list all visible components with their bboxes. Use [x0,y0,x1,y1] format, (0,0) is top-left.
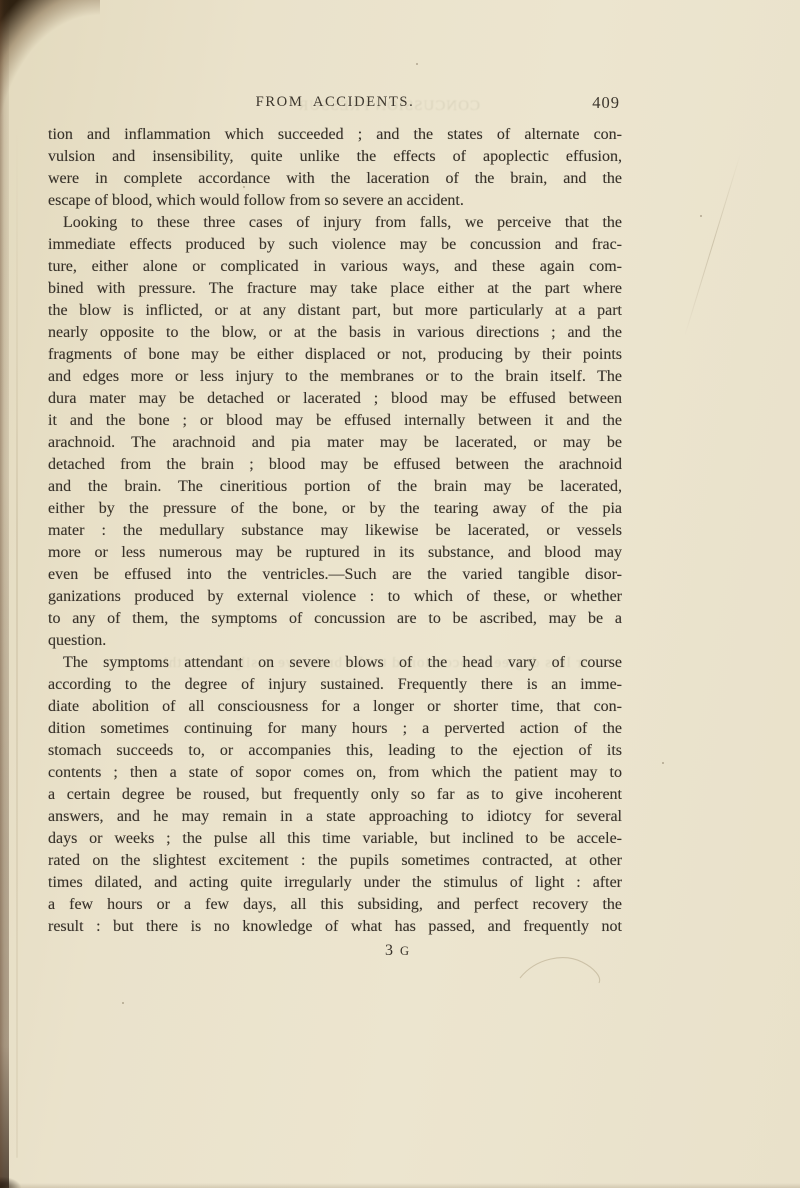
text-line: answers, and he may remain in a state ap… [48,806,622,828]
text-line: immediate effects produced by such viole… [48,234,622,256]
signature-letter: G [400,944,410,958]
text-line: arachnoid. The arachnoid and pia mater m… [48,432,622,454]
paper-speck [416,63,418,65]
text-line: a certain degree be roused, but frequent… [48,784,622,806]
text-line: fragments of bone may be either displace… [48,344,622,366]
page-number: 409 [592,93,620,113]
text-line: dition sometimes continuing for many hou… [48,718,622,740]
paper-speck [662,762,664,764]
text-line: contents ; then a state of sopor comes o… [48,762,622,784]
text-line: even be effused into the ventricles.—Suc… [48,564,622,586]
text-line: tion and inflammation which succeeded ; … [48,124,622,146]
text-line: vulsion and insensibility, quite unlike … [48,146,622,168]
book-page: FROM ACCIDENTS. 409 tion and inflammatio… [0,0,800,1188]
text-line: the blow is inflicted, or at any distant… [48,300,622,322]
paper-scratch [684,154,741,336]
paper-speck [243,186,245,188]
text-line: stomach succeeds to, or accompanies this… [48,740,622,762]
text-line: a few hours or a few days, all this subs… [48,894,622,916]
pencil-squiggle [516,950,608,990]
page-header: FROM ACCIDENTS. 409 [48,93,622,113]
text-line: and edges more or less injury to the mem… [48,366,622,388]
text-line: more or less numerous may be ruptured in… [48,542,622,564]
text-line: and the brain. The cineritious portion o… [48,476,622,498]
signature-number: 3 [385,942,393,959]
signature-mark: 3G [385,940,410,962]
text-line: it and the bone ; or blood may be effuse… [48,410,622,432]
running-title: FROM ACCIDENTS. [256,94,415,111]
text-line: The symptoms attendant on severe blows o… [48,652,622,674]
text-line: bined with pressure. The fracture may ta… [48,278,622,300]
text-line: mater : the medullary substance may like… [48,520,622,542]
text-line: escape of blood, which would follow from… [48,190,622,212]
text-line: were in complete accordance with the lac… [48,168,622,190]
text-line: ganizations produced by external violenc… [48,586,622,608]
text-block: tion and inflammation which succeeded ; … [48,124,622,938]
paper-speck [700,215,702,217]
scan-edge-bottom [0,1183,800,1188]
text-line: result : but there is no knowledge of wh… [48,916,622,938]
text-line: rated on the slightest excitement : the … [48,850,622,872]
scan-edge-left [0,0,9,1188]
text-line: diate abolition of all consciousness for… [48,696,622,718]
text-line: Looking to these three cases of injury f… [48,212,622,234]
text-line: times dilated, and acting quite irregula… [48,872,622,894]
text-line: nearly opposite to the blow, or at the b… [48,322,622,344]
text-line: ture, either alone or complicated in var… [48,256,622,278]
text-line: to any of them, the symptoms of concussi… [48,608,622,630]
paper-speck [122,1002,124,1004]
text-line: either by the pressure of the bone, or b… [48,498,622,520]
scan-corner-bottom-left [0,1172,30,1188]
text-line: days or weeks ; the pulse all this time … [48,828,622,850]
text-line: detached from the brain ; blood may be e… [48,454,622,476]
text-line: question. [48,630,622,652]
text-line: according to the degree of injury sustai… [48,674,622,696]
page-crease [16,120,18,1158]
text-line: dura mater may be detached or lacerated … [48,388,622,410]
